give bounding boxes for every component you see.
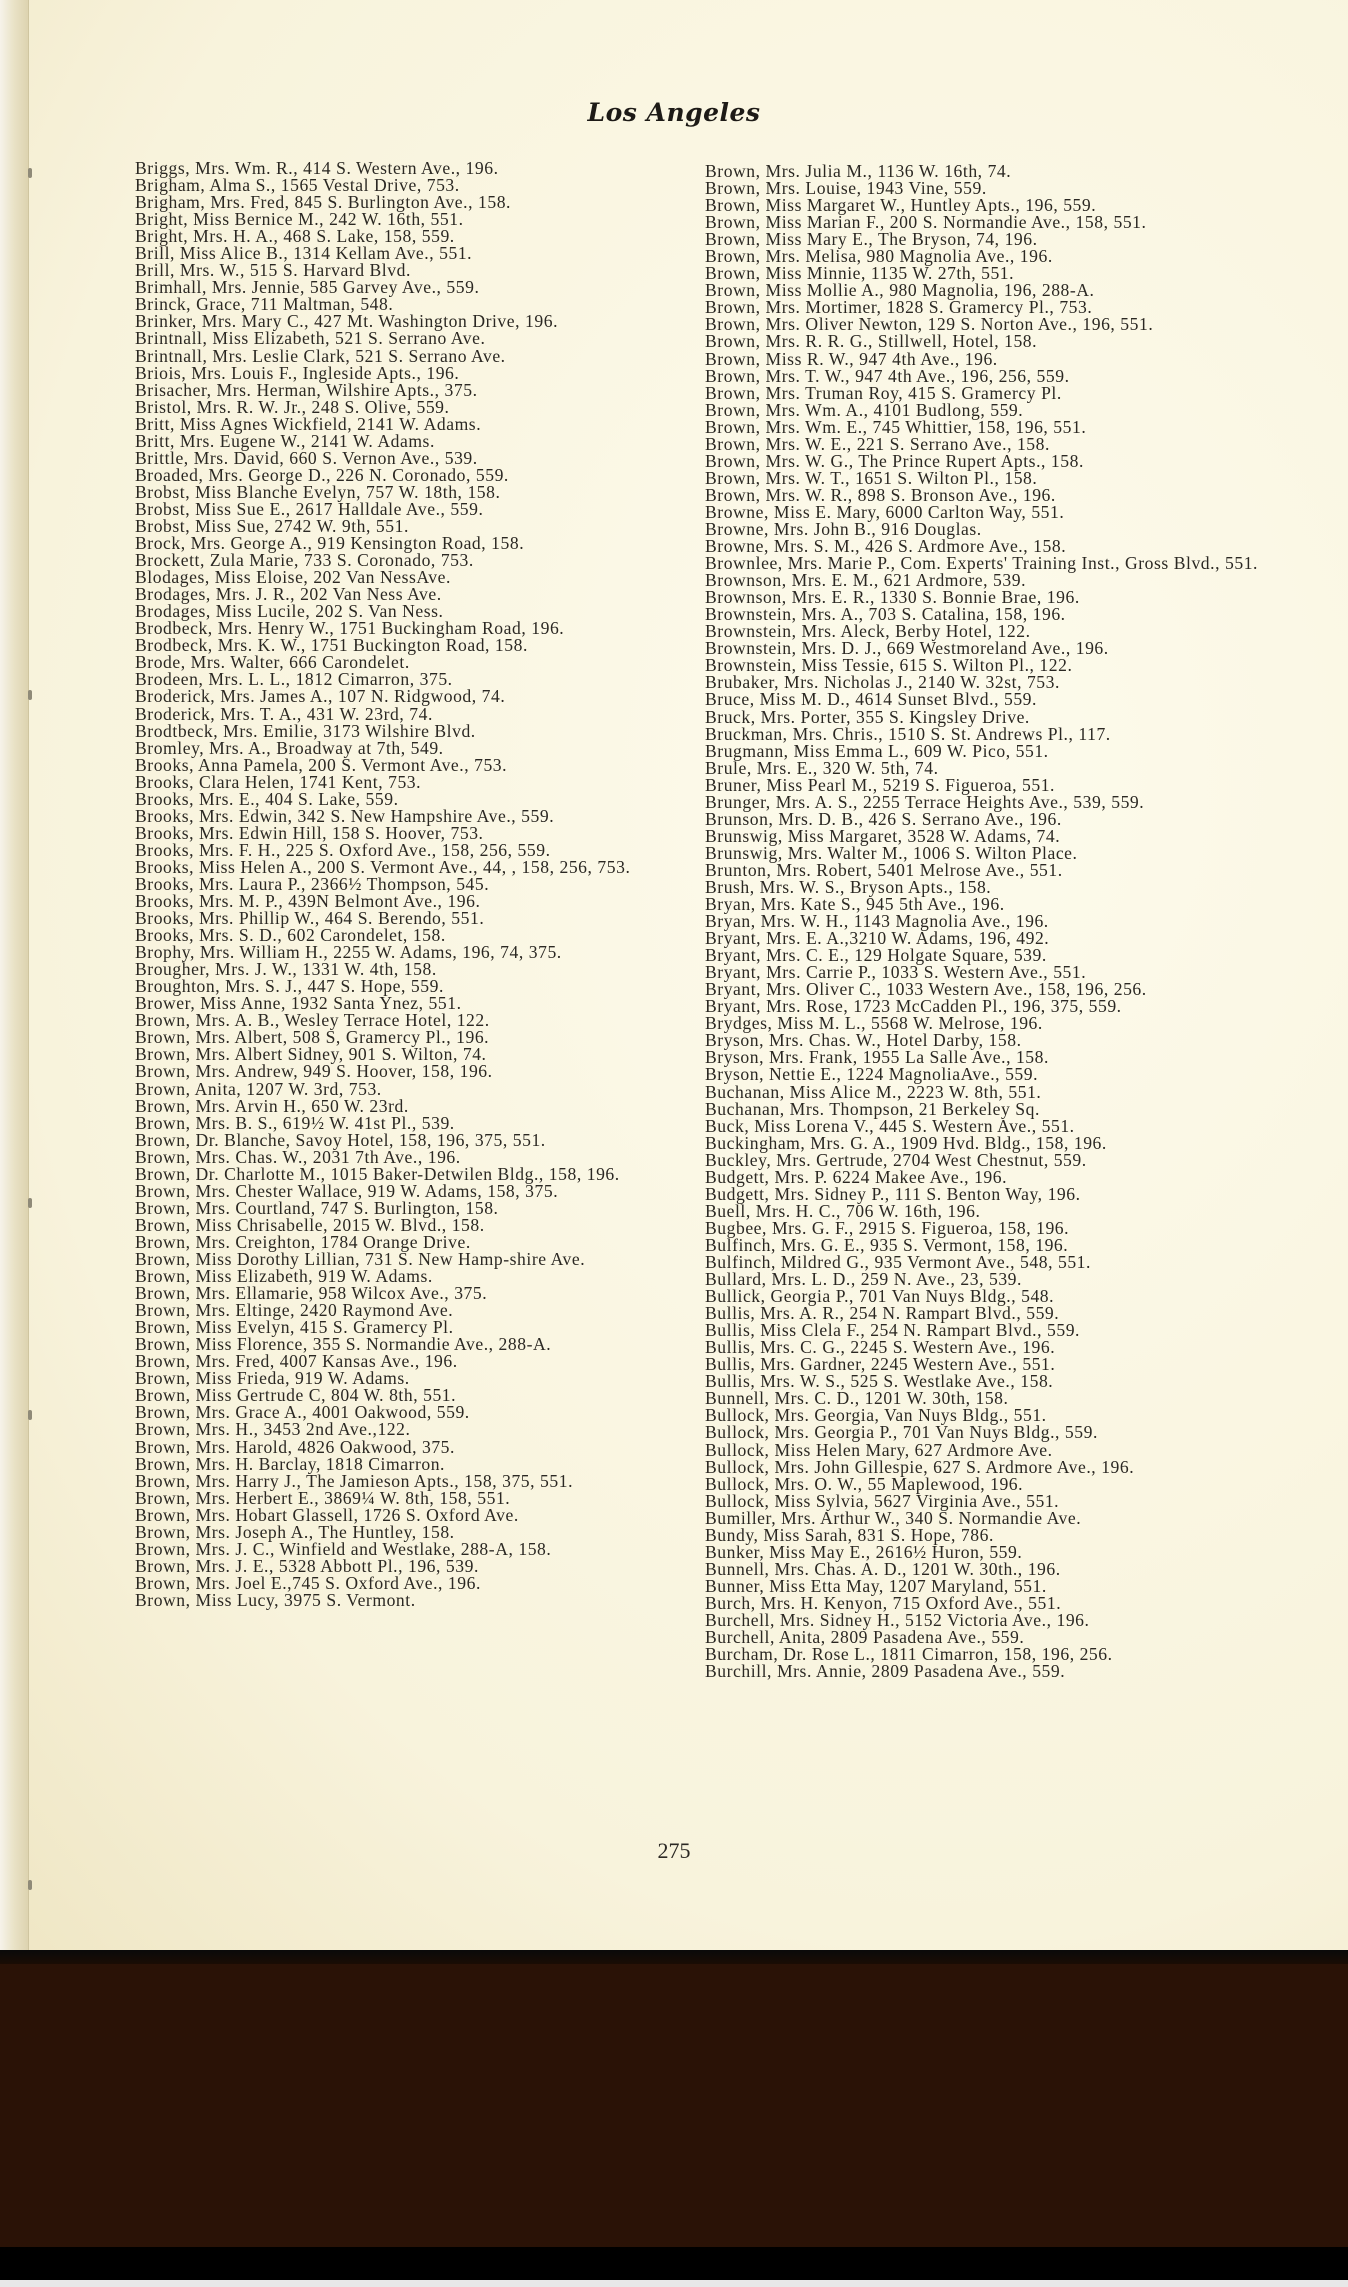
directory-entry: Bullock, Miss Helen Mary, 627 Ardmore Av… [705,1442,1275,1459]
page-bottom-edge [0,1950,1348,1964]
page-binding-edge [0,0,29,1955]
binding-staple-mark [28,168,32,178]
directory-entry: Broderick, Mrs. T. A., 431 W. 23rd, 74. [135,706,705,723]
directory-entry: Burchill, Mrs. Annie, 2809 Pasadena Ave.… [705,1663,1275,1680]
directory-entry: Brown, Mrs. R. R. G., Stillwell, Hotel, … [705,333,1275,350]
page-number: 275 [0,1838,1348,1864]
directory-column-left: Briggs, Mrs. Wm. R., 414 S. Western Ave.… [135,160,705,1609]
directory-entry: Brintnall, Miss Elizabeth, 521 S. Serran… [135,330,705,347]
binding-staple-mark [28,1410,32,1420]
directory-entry: Brown, Mrs. Harold, 4826 Oakwood, 375. [135,1439,705,1456]
directory-entry: Brown, Mrs. H., 3453 2nd Ave.,122. [135,1421,705,1438]
directory-entry: Broderick, Mrs. James A., 107 N. Ridgwoo… [135,688,705,705]
directory-entry: Brown, Miss R. W., 947 4th Ave., 196. [705,351,1275,368]
directory-entry: Bullock, Mrs. Georgia P., 701 Van Nuys B… [705,1424,1275,1441]
directory-entry: Brintnall, Mrs. Leslie Clark, 521 S. Ser… [135,348,705,365]
directory-entry: Brown, Miss Lucy, 3975 S. Vermont. [135,1592,705,1609]
binding-staple-mark [28,1880,32,1890]
directory-entry: Brown, Mrs. Andrew, 949 S. Hoover, 158, … [135,1063,705,1080]
page-heading: Los Angeles [0,98,1348,127]
binding-staple-mark [28,690,32,700]
scan-border-strip [0,2280,1348,2287]
directory-entry: Bruce, Miss M. D., 4614 Sunset Blvd., 55… [705,691,1275,708]
directory-page: Los Angeles Briggs, Mrs. Wm. R., 414 S. … [0,0,1348,1955]
directory-entry: Bryson, Nettie E., 1224 MagnoliaAve., 55… [705,1066,1275,1083]
directory-entry: Bruck, Mrs. Porter, 355 S. Kingsley Driv… [705,709,1275,726]
directory-column-right: Brown, Mrs. Julia M., 1136 W. 16th, 74.B… [705,163,1275,1680]
binding-staple-mark [28,1198,32,1208]
